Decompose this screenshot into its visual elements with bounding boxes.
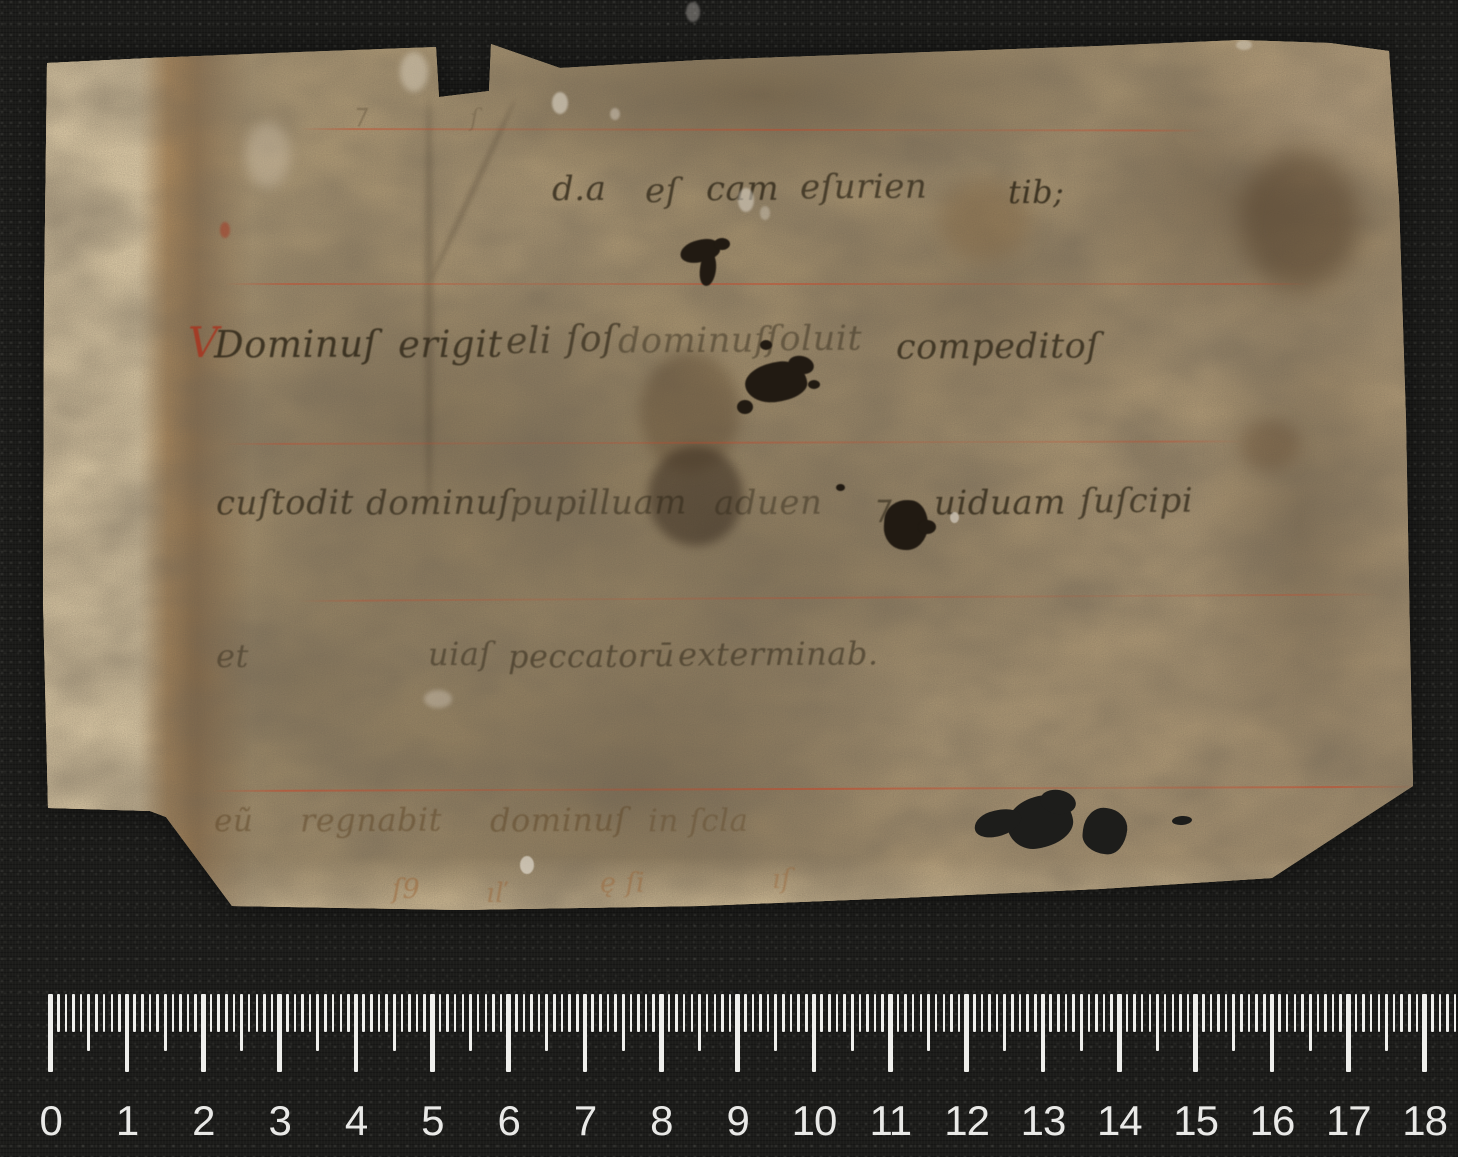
- ink-blot: [714, 238, 730, 250]
- manuscript-text-segment: in ſcla: [648, 806, 749, 838]
- white-fleck: [520, 856, 534, 874]
- manuscript-text-segment: cuſtodit: [216, 486, 354, 521]
- manuscript-fragment: d.aeſcameſurientib;VDominuſerigiteliſoſd…: [0, 0, 1458, 1157]
- manuscript-text-segment: aduen: [714, 486, 823, 521]
- ink-blot: [836, 484, 845, 491]
- white-fleck: [738, 188, 754, 212]
- manuscript-text-segment: exterminab.: [678, 637, 879, 670]
- manuscript-text-segment: ıſ: [772, 866, 792, 893]
- manuscript-text-segment: compeditoſ: [896, 329, 1100, 365]
- stain: [425, 95, 433, 515]
- parchment-hole: [1172, 815, 1193, 825]
- ink-blot: [760, 340, 772, 350]
- manuscript-text-segment: ⁊: [352, 100, 367, 128]
- manuscript-text-segment: ſ: [470, 106, 480, 130]
- manuscript-text-segment: dominuſ: [366, 486, 511, 521]
- manuscript-text-segment: tib;: [1008, 176, 1065, 208]
- ruling-line: [298, 593, 1382, 602]
- manuscript-text-segment: eſurien: [800, 170, 927, 205]
- ink-blot: [918, 520, 936, 534]
- white-fleck: [246, 122, 290, 188]
- manuscript-text-segment: regnabit: [300, 804, 442, 837]
- manuscript-text-segment: Dominuſ: [214, 326, 378, 364]
- ruling-line: [224, 283, 1310, 285]
- photo-background: d.aeſcameſurientib;VDominuſerigiteliſoſd…: [0, 0, 1458, 1157]
- white-fleck: [424, 690, 452, 708]
- stain: [1240, 150, 1360, 290]
- manuscript-text-segment: erigit: [398, 326, 503, 364]
- parchment-shadow: d.aeſcameſurientib;VDominuſerigiteliſoſd…: [0, 0, 1458, 1157]
- ruling-line: [300, 128, 1205, 132]
- manuscript-text-segment: dominuſ: [490, 804, 627, 837]
- manuscript-text-segment: ſ9: [392, 876, 420, 903]
- white-fleck: [760, 206, 770, 220]
- fabric-fleck: [686, 2, 700, 22]
- manuscript-text-segment: d.a: [552, 172, 607, 206]
- manuscript-text-segment: peccatorū: [508, 639, 675, 672]
- parchment-content: d.aeſcameſurientib;VDominuſerigiteliſoſd…: [0, 0, 1458, 1157]
- manuscript-text-segment: eũ: [214, 806, 254, 837]
- manuscript-text-segment: pupilluam: [510, 485, 687, 520]
- white-fleck: [610, 108, 620, 120]
- manuscript-text-segment: ſuſcipi: [1080, 484, 1193, 519]
- manuscript-text-segment: et: [216, 640, 249, 672]
- manuscript-text-segment: ıľ: [486, 880, 507, 907]
- manuscript-text-segment: uiaſ: [428, 638, 492, 670]
- white-fleck: [400, 52, 428, 92]
- stain: [1240, 420, 1300, 470]
- ruling-line: [212, 786, 1420, 792]
- stain: [220, 222, 230, 238]
- white-fleck: [950, 512, 959, 523]
- parchment-hole: [1081, 806, 1130, 856]
- manuscript-text-segment: ſoſ: [566, 322, 616, 358]
- manuscript-text-segment: eſ: [645, 174, 679, 208]
- manuscript-text-segment: eli: [506, 324, 552, 360]
- manuscript-text-segment: dominuſ: [618, 324, 768, 360]
- white-fleck: [552, 92, 568, 114]
- white-fleck: [1236, 40, 1252, 50]
- ink-blot: [808, 380, 820, 389]
- ruling-line: [224, 440, 1244, 445]
- manuscript-text-segment: ę ſi: [600, 870, 645, 897]
- ink-blot: [737, 400, 753, 414]
- manuscript-text-segment: ſoluit: [766, 322, 862, 358]
